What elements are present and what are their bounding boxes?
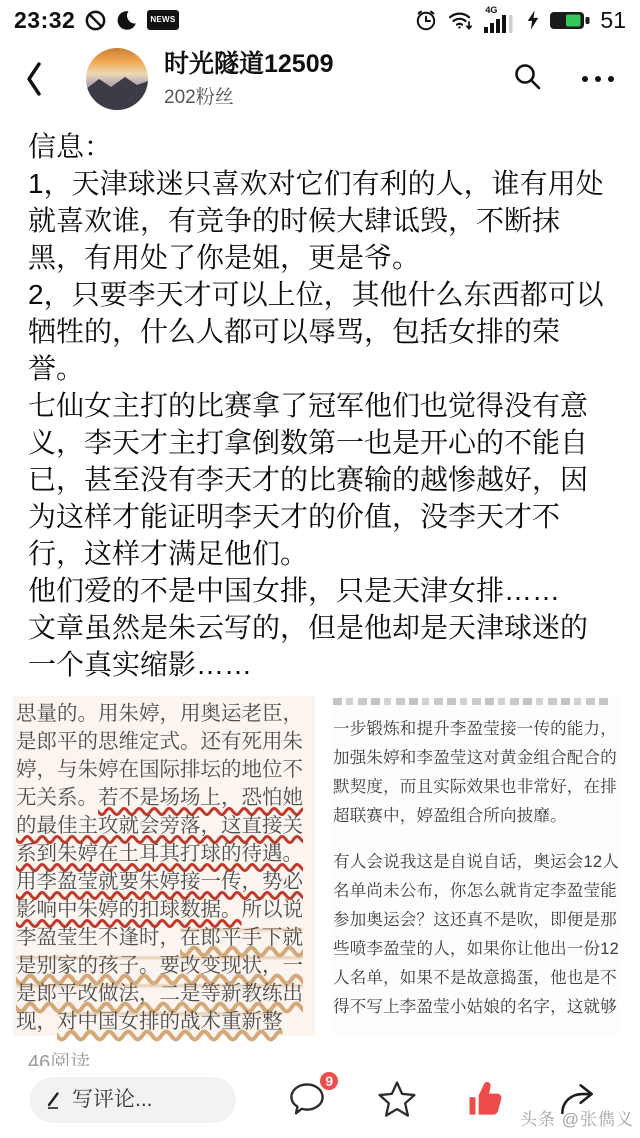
screenshot-text-line: 是郎平改做法，二是等新教练出: [16, 980, 313, 1008]
right-paragraph-2: 有人会说我这是自说自话，奥运会12人 名单尚未公布，你怎么就肯定李盈莹能 参加奥…: [333, 848, 619, 1022]
right-screenshot-text: 一步锻炼和提升李盈莹接一传的能力， 加强朱婷和李盈莹这对黄金组合配合的 默契度，…: [333, 696, 619, 1036]
status-left: 23:32 NEWS: [14, 7, 179, 34]
screenshot-text-line: 是别家的孩子。要改变现状，一: [16, 952, 313, 980]
profile-followers: 202粉丝: [164, 82, 512, 109]
alarm-clock-icon: [414, 8, 438, 32]
back-chevron-icon: [22, 59, 46, 99]
more-ellipsis-icon: [582, 76, 588, 82]
signal-strength-icon: 4G: [483, 7, 517, 33]
watermark-label: 头条 @张儁义: [520, 1105, 634, 1130]
favorite-button[interactable]: [375, 1078, 419, 1122]
pencil-icon: [44, 1090, 64, 1110]
post-body-text: 信息： 1，天津球迷只喜欢对它们有利的人，谁有用处 就喜欢谁，有竞争的时候大肆诋…: [28, 128, 612, 683]
comment-input-pill[interactable]: [30, 1077, 236, 1123]
status-time: 23:32: [14, 7, 75, 34]
search-button[interactable]: [512, 61, 544, 98]
screenshot-text-line: 无关系。若不是场场上，恐怕她: [16, 784, 313, 812]
screenshot-text-line: 婷，与朱婷在国际排坛的地位不: [16, 756, 313, 784]
comments-button[interactable]: 9: [284, 1078, 330, 1122]
comment-count-badge: 9: [318, 1070, 340, 1092]
do-not-disturb-icon: [84, 9, 107, 32]
like-button[interactable]: [463, 1078, 509, 1122]
screenshot-text-line: 系到朱婷在土耳其打球的待遇。: [16, 840, 313, 868]
embedded-screenshots: 思量的。用朱婷，用奥运老臣，是郎平的思维定式。还有死用朱婷，与朱婷在国际排坛的地…: [0, 696, 640, 1036]
charging-bolt-icon: [526, 9, 540, 31]
wifi-icon: [447, 8, 474, 32]
battery-icon: [549, 10, 591, 31]
night-mode-moon-icon: [116, 9, 138, 31]
news-icon: NEWS: [147, 10, 178, 30]
screenshot-text-line: 是郎平的思维定式。还有死用朱: [16, 728, 313, 756]
screenshot-text-line: 用李盈莹就要朱婷接一传，势必: [16, 868, 313, 896]
thumb-up-icon: [463, 1078, 509, 1122]
screenshot-text-line: 思量的。用朱婷，用奥运老臣，: [16, 700, 313, 728]
header-actions: [512, 61, 618, 98]
right-paragraph-1: 一步锻炼和提升李盈莹接一传的能力， 加强朱婷和李盈莹这对黄金组合配合的 默契度，…: [333, 715, 619, 831]
back-button[interactable]: [22, 59, 52, 99]
profile-username: 时光隧道12509: [164, 49, 512, 79]
status-bar: 23:32 NEWS: [0, 0, 640, 38]
more-button[interactable]: [582, 76, 614, 82]
star-icon: [375, 1078, 419, 1122]
screenshot-text-line: 现，对中国女排的战术重新整: [16, 1008, 313, 1036]
left-screenshot-text: 思量的。用朱婷，用奥运老臣，是郎平的思维定式。还有死用朱婷，与朱婷在国际排坛的地…: [13, 696, 315, 1036]
search-icon: [512, 61, 544, 93]
app-screen: 23:32 NEWS: [0, 0, 640, 1138]
battery-percent-label: 51: [600, 7, 626, 34]
screenshot-text-line: 的最佳主攻就会旁落，这直接关: [16, 812, 313, 840]
status-right: 4G 51: [414, 7, 626, 34]
clipped-text-row: [333, 698, 610, 705]
comment-input[interactable]: [72, 1088, 202, 1112]
avatar-sunset-image: [86, 48, 148, 110]
avatar[interactable]: [86, 48, 148, 110]
screenshot-text-line: 李盈莹生不逢时，在郎平手下就: [16, 924, 313, 952]
profile-info[interactable]: 时光隧道12509 202粉丝: [164, 49, 512, 109]
screenshot-text-line: 影响中朱婷的扣球数据。所以说: [16, 896, 313, 924]
profile-header: 时光隧道12509 202粉丝: [0, 38, 640, 120]
